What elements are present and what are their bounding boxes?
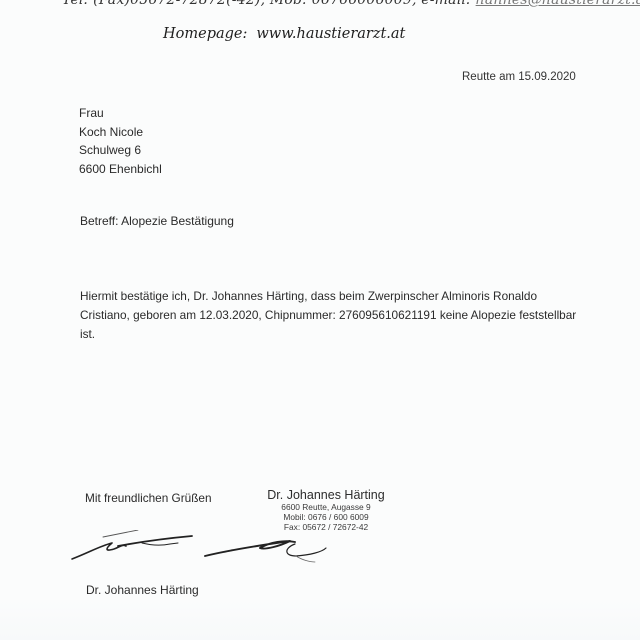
contact-info: Tel: (Fax)05672-72872(-42), Mob: 0676600…	[62, 0, 476, 8]
handwritten-signature-icon	[70, 530, 330, 570]
recipient-salutation: Frau	[79, 104, 162, 123]
closing-greeting: Mit freundlichen Grüßen	[85, 491, 212, 505]
place-date: Reutte am 15.09.2020	[462, 71, 576, 83]
recipient-city: 6600 Ehenbichl	[79, 160, 162, 179]
letter-body: Hiermit bestätige ich, Dr. Johannes Härt…	[80, 287, 625, 344]
subject-line: Betreff: Alopezie Bestätigung	[80, 214, 234, 228]
letterhead-homepage: Homepage:www.haustierarzt.at	[163, 26, 405, 42]
email-link[interactable]: hannes@haustierarzt.at	[476, 0, 640, 8]
stamp-name: Dr. Johannes Härting	[266, 488, 386, 502]
stamp-address: 6600 Reutte, Augasse 9	[266, 502, 386, 512]
recipient-name: Koch Nicole	[79, 123, 162, 142]
signer-name: Dr. Johannes Härting	[86, 583, 199, 597]
letterhead-contact-line: Tel: (Fax)05672-72872(-42), Mob: 0676600…	[62, 0, 640, 8]
body-line: Cristiano, geboren am 12.03.2020, Chipnu…	[80, 306, 625, 325]
body-line: ist.	[80, 325, 625, 344]
recipient-street: Schulweg 6	[79, 141, 162, 160]
stamp-mobile: Mobil: 0676 / 600 6009	[266, 512, 386, 522]
doctor-stamp: Dr. Johannes Härting 6600 Reutte, Augass…	[266, 488, 386, 532]
scan-margin	[0, 600, 640, 640]
homepage-label: Homepage:	[163, 26, 247, 42]
homepage-url: www.haustierarzt.at	[256, 26, 405, 42]
recipient-address: Frau Koch Nicole Schulweg 6 6600 Ehenbic…	[79, 104, 162, 178]
body-line: Hiermit bestätige ich, Dr. Johannes Härt…	[80, 287, 625, 306]
